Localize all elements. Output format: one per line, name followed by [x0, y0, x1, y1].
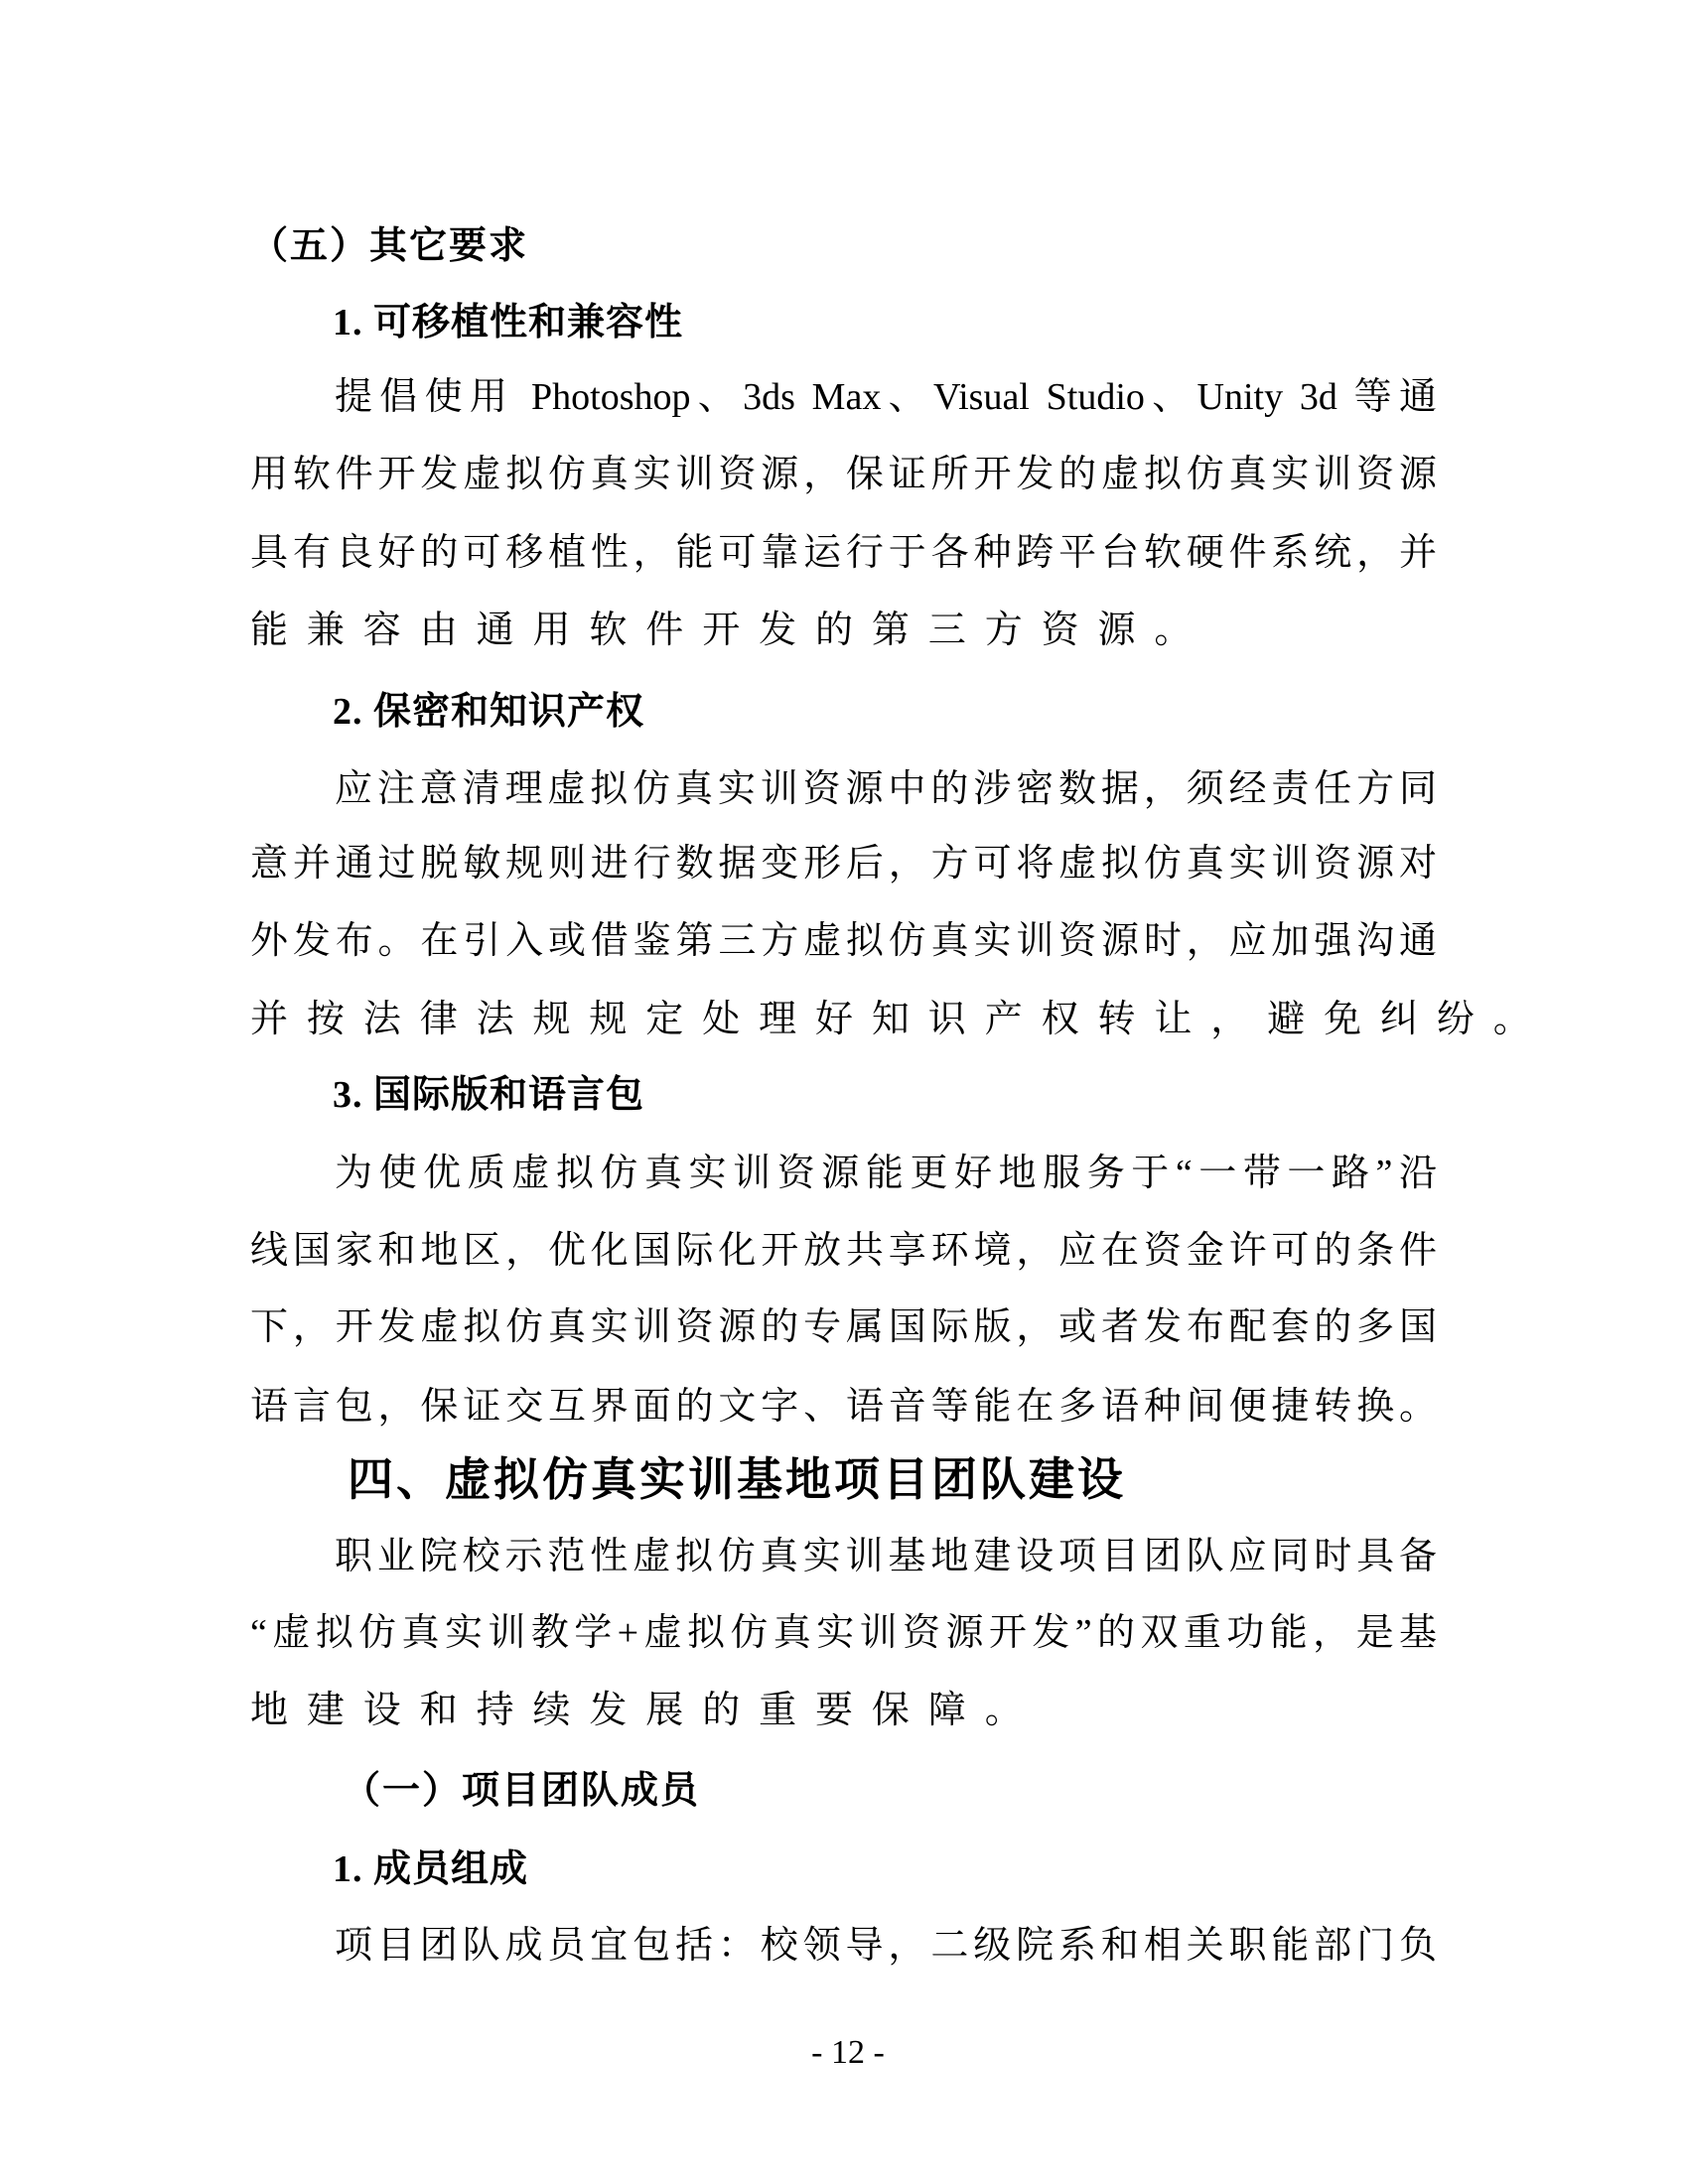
- subsection-heading-confidentiality: 2. 保密和知识产权: [333, 684, 644, 740]
- subsection-heading-portability: 1. 可移植性和兼容性: [333, 295, 683, 350]
- paragraph-line: 并按法律法规规定处理好知识产权转让，避免纠纷。: [250, 992, 1437, 1047]
- paragraph-line: 具有良好的可移植性，能可靠运行于各种跨平台软硬件系统，并: [250, 525, 1437, 581]
- paragraph-line: “虚拟仿真实训教学+虚拟仿真实训资源开发”的双重功能，是基: [250, 1605, 1437, 1661]
- paragraph-line: 能兼容由通用软件开发的第三方资源。: [250, 603, 1437, 658]
- paragraph-line: 外发布。在引入或借鉴第三方虚拟仿真实训资源时，应加强沟通: [250, 913, 1437, 969]
- paragraph-line: 项目团队成员宜包括：校领导，二级院系和相关职能部门负: [335, 1918, 1437, 1974]
- paragraph-line: 用软件开发虚拟仿真实训资源，保证所开发的虚拟仿真实训资源: [250, 447, 1437, 502]
- subsection-heading-international: 3. 国际版和语言包: [333, 1067, 644, 1123]
- paragraph-line: 提倡使用 Photoshop、3ds Max、Visual Studio、Uni…: [335, 369, 1437, 425]
- paragraph-line: 为使优质虚拟仿真实训资源能更好地服务于“一带一路”沿: [335, 1146, 1437, 1201]
- chapter-heading-team-building: 四、虚拟仿真实训基地项目团队建设: [348, 1447, 1126, 1511]
- paragraph-line: 意并通过脱敏规则进行数据变形后，方可将虚拟仿真实训资源对: [250, 836, 1437, 891]
- paragraph-line: 下，开发虚拟仿真实训资源的专属国际版，或者发布配套的多国: [250, 1299, 1437, 1355]
- paragraph-line: 职业院校示范性虚拟仿真实训基地建设项目团队应同时具备: [335, 1529, 1437, 1584]
- paragraph-line: 语言包，保证交互界面的文字、语音等能在多语种间便捷转换。: [250, 1379, 1437, 1434]
- paragraph-line: 应注意清理虚拟仿真实训资源中的涉密数据，须经责任方同: [335, 761, 1437, 817]
- paragraph-line: 线国家和地区，优化国际化开放共享环境，应在资金许可的条件: [250, 1223, 1437, 1279]
- section-heading-team-members: （一）项目团队成员: [343, 1762, 700, 1818]
- subsection-heading-member-composition: 1. 成员组成: [333, 1842, 528, 1897]
- document-page: （五）其它要求 1. 可移植性和兼容性 提倡使用 Photoshop、3ds M…: [0, 0, 1688, 2184]
- paragraph-line: 地建设和持续发展的重要保障。: [250, 1683, 1437, 1738]
- page-number: - 12 -: [0, 2030, 1688, 2076]
- section-heading-other-requirements: （五）其它要求: [250, 217, 528, 273]
